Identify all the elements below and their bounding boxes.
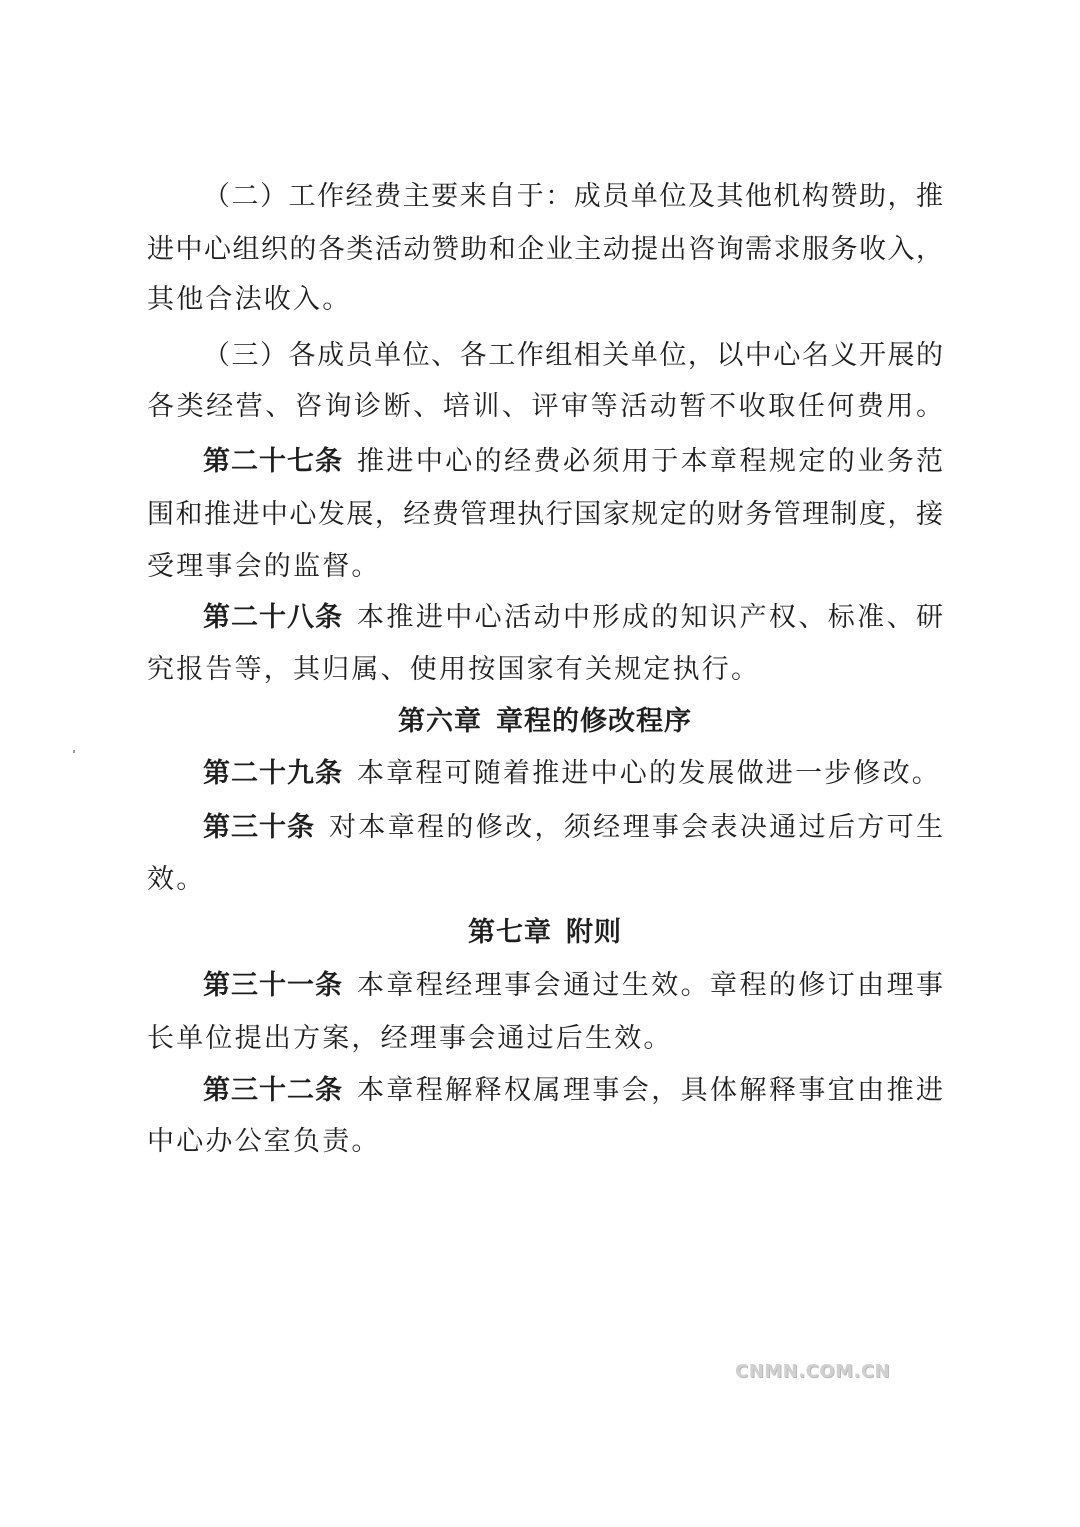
chapter-7-number: 第七章 — [468, 917, 552, 948]
scan-speck — [73, 750, 75, 753]
chapter-6-number: 第六章 — [398, 706, 482, 737]
paragraph-funding-line-1: （二）工作经费主要来自于：成员单位及其他机构赞助，推 — [147, 177, 943, 217]
article-32-line-1: 第三十二条 本章程解释权属理事会，具体解释事宜由推进 — [147, 1071, 943, 1111]
article-31-line-1: 第三十一条 本章程经理事会通过生效。章程的修订由理事 — [147, 966, 943, 1006]
article-30-line-2: 效。 — [147, 860, 943, 900]
article-27-text: 推进中心的经费必须用于本章程规定的业务范 — [357, 442, 943, 482]
paragraph-no-fees-line-2: 各类经营、咨询诊断、培训、评审等活动暂不收取任何费用。 — [147, 387, 943, 427]
article-28-text: 本推进中心活动中形成的知识产权、标准、研 — [357, 598, 943, 638]
article-30-text: 对本章程的修改，须经理事会表决通过后方可生 — [329, 808, 943, 848]
watermark: CNMN.COM.CN — [735, 1361, 890, 1382]
article-29-text: 本章程可随着推进中心的发展做进一步修改。 — [357, 758, 941, 789]
chapter-7-heading: 第七章附则 — [147, 913, 943, 953]
article-32-text: 本章程解释权属理事会，具体解释事宜由推进 — [357, 1071, 943, 1111]
paragraph-no-fees-line-1: （三）各成员单位、各工作组相关单位，以中心名义开展的 — [147, 336, 943, 376]
article-31-number: 第三十一条 — [203, 966, 343, 1006]
article-27-line-1: 第二十七条 推进中心的经费必须用于本章程规定的业务范 — [147, 442, 943, 482]
paragraph-funding-line-2: 进中心组织的各类活动赞助和企业主动提出咨询需求服务收入， — [147, 230, 943, 270]
article-30-line-1: 第三十条 对本章程的修改，须经理事会表决通过后方可生 — [147, 808, 943, 848]
chapter-6-heading: 第六章章程的修改程序 — [147, 702, 943, 742]
article-27-line-2: 围和推进中心发展，经费管理执行国家规定的财务管理制度，接 — [147, 495, 943, 535]
chapter-7-title: 附则 — [566, 917, 622, 948]
article-32-line-2: 中心办公室负责。 — [147, 1122, 943, 1162]
article-28-number: 第二十八条 — [203, 598, 343, 638]
article-30-number: 第三十条 — [203, 808, 315, 848]
article-32-number: 第三十二条 — [203, 1071, 343, 1111]
article-29-number: 第二十九条 — [203, 758, 343, 789]
paragraph-funding-line-3: 其他合法收入。 — [147, 280, 943, 320]
article-28-line-1: 第二十八条 本推进中心活动中形成的知识产权、标准、研 — [147, 598, 943, 638]
article-29-line-1: 第二十九条本章程可随着推进中心的发展做进一步修改。 — [147, 754, 943, 794]
article-31-line-2: 长单位提出方案，经理事会通过后生效。 — [147, 1019, 943, 1059]
article-28-line-2: 究报告等，其归属、使用按国家有关规定执行。 — [147, 650, 943, 690]
article-27-number: 第二十七条 — [203, 442, 343, 482]
article-27-line-3: 受理事会的监督。 — [147, 547, 943, 587]
article-31-text: 本章程经理事会通过生效。章程的修订由理事 — [357, 966, 943, 1006]
chapter-6-title: 章程的修改程序 — [496, 706, 692, 737]
